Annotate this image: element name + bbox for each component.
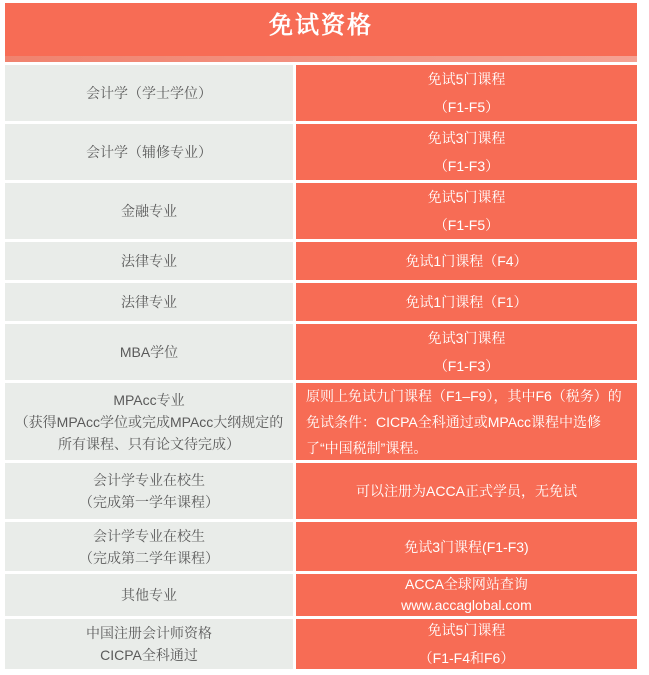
exemption-cell: ACCA全球网站查询 www.accaglobal.com — [296, 574, 637, 616]
exemption-cell: 免试5门课程 （F1-F5） — [296, 65, 637, 121]
qualification-cell: MBA学位 — [5, 324, 293, 380]
exemption-table: 会计学（学士学位） 免试5门课程 （F1-F5） 会计学（辅修专业） 免试3门课… — [5, 65, 637, 669]
table-row: 其他专业 ACCA全球网站查询 www.accaglobal.com — [5, 574, 637, 616]
qualification-cell: 法律专业 — [5, 283, 293, 321]
table-row: 金融专业 免试5门课程 （F1-F5） — [5, 183, 637, 239]
table-header-banner: 免试资格 — [5, 3, 637, 62]
table-row: 会计学（学士学位） 免试5门课程 （F1-F5） — [5, 65, 637, 121]
qualification-cell: 中国注册会计师资格 CICPA全科通过 — [5, 619, 293, 669]
exemption-cell: 免试5门课程 （F1-F5） — [296, 183, 637, 239]
table-row: MPAcc专业 （获得MPAcc学位或完成MPAcc大纲规定的所有课程、只有论文… — [5, 383, 637, 460]
exemption-cell: 原则上免试九门课程（F1–F9），其中F6（税务）的免试条件：CICPA全科通过… — [296, 383, 637, 460]
qualification-cell: 会计学（辅修专业） — [5, 124, 293, 180]
exemption-cell: 免试1门课程（F1） — [296, 283, 637, 321]
exemption-cell: 免试3门课程 （F1-F3） — [296, 124, 637, 180]
exemption-cell: 免试5门课程 （F1-F4和F6） — [296, 619, 637, 669]
exemption-cell: 可以注册为ACCA正式学员，无免试 — [296, 463, 637, 519]
table-row: 法律专业 免试1门课程（F4） — [5, 242, 637, 280]
table-row: MBA学位 免试3门课程 （F1-F3） — [5, 324, 637, 380]
table-row: 会计学（辅修专业） 免试3门课程 （F1-F3） — [5, 124, 637, 180]
page-title: 免试资格 — [5, 3, 637, 40]
table-row: 法律专业 免试1门课程（F1） — [5, 283, 637, 321]
qualification-cell: 法律专业 — [5, 242, 293, 280]
exemption-sheet: 免试资格 会计学（学士学位） 免试5门课程 （F1-F5） 会计学（辅修专业） … — [5, 3, 637, 669]
qualification-cell: 其他专业 — [5, 574, 293, 616]
qualification-cell: 会计学（学士学位） — [5, 65, 293, 121]
exemption-cell: 免试3门课程 （F1-F3） — [296, 324, 637, 380]
qualification-cell: 会计学专业在校生 （完成第一学年课程） — [5, 463, 293, 519]
table-row: 会计学专业在校生 （完成第二学年课程） 免试3门课程(F1-F3) — [5, 522, 637, 571]
exemption-cell: 免试1门课程（F4） — [296, 242, 637, 280]
exemption-cell: 免试3门课程(F1-F3) — [296, 522, 637, 571]
qualification-cell: 会计学专业在校生 （完成第二学年课程） — [5, 522, 293, 571]
table-row: 会计学专业在校生 （完成第一学年课程） 可以注册为ACCA正式学员，无免试 — [5, 463, 637, 519]
qualification-cell: MPAcc专业 （获得MPAcc学位或完成MPAcc大纲规定的所有课程、只有论文… — [5, 383, 293, 460]
qualification-cell: 金融专业 — [5, 183, 293, 239]
table-row: 中国注册会计师资格 CICPA全科通过 免试5门课程 （F1-F4和F6） — [5, 619, 637, 669]
exemption-page: 免试资格 会计学（学士学位） 免试5门课程 （F1-F5） 会计学（辅修专业） … — [0, 0, 649, 675]
